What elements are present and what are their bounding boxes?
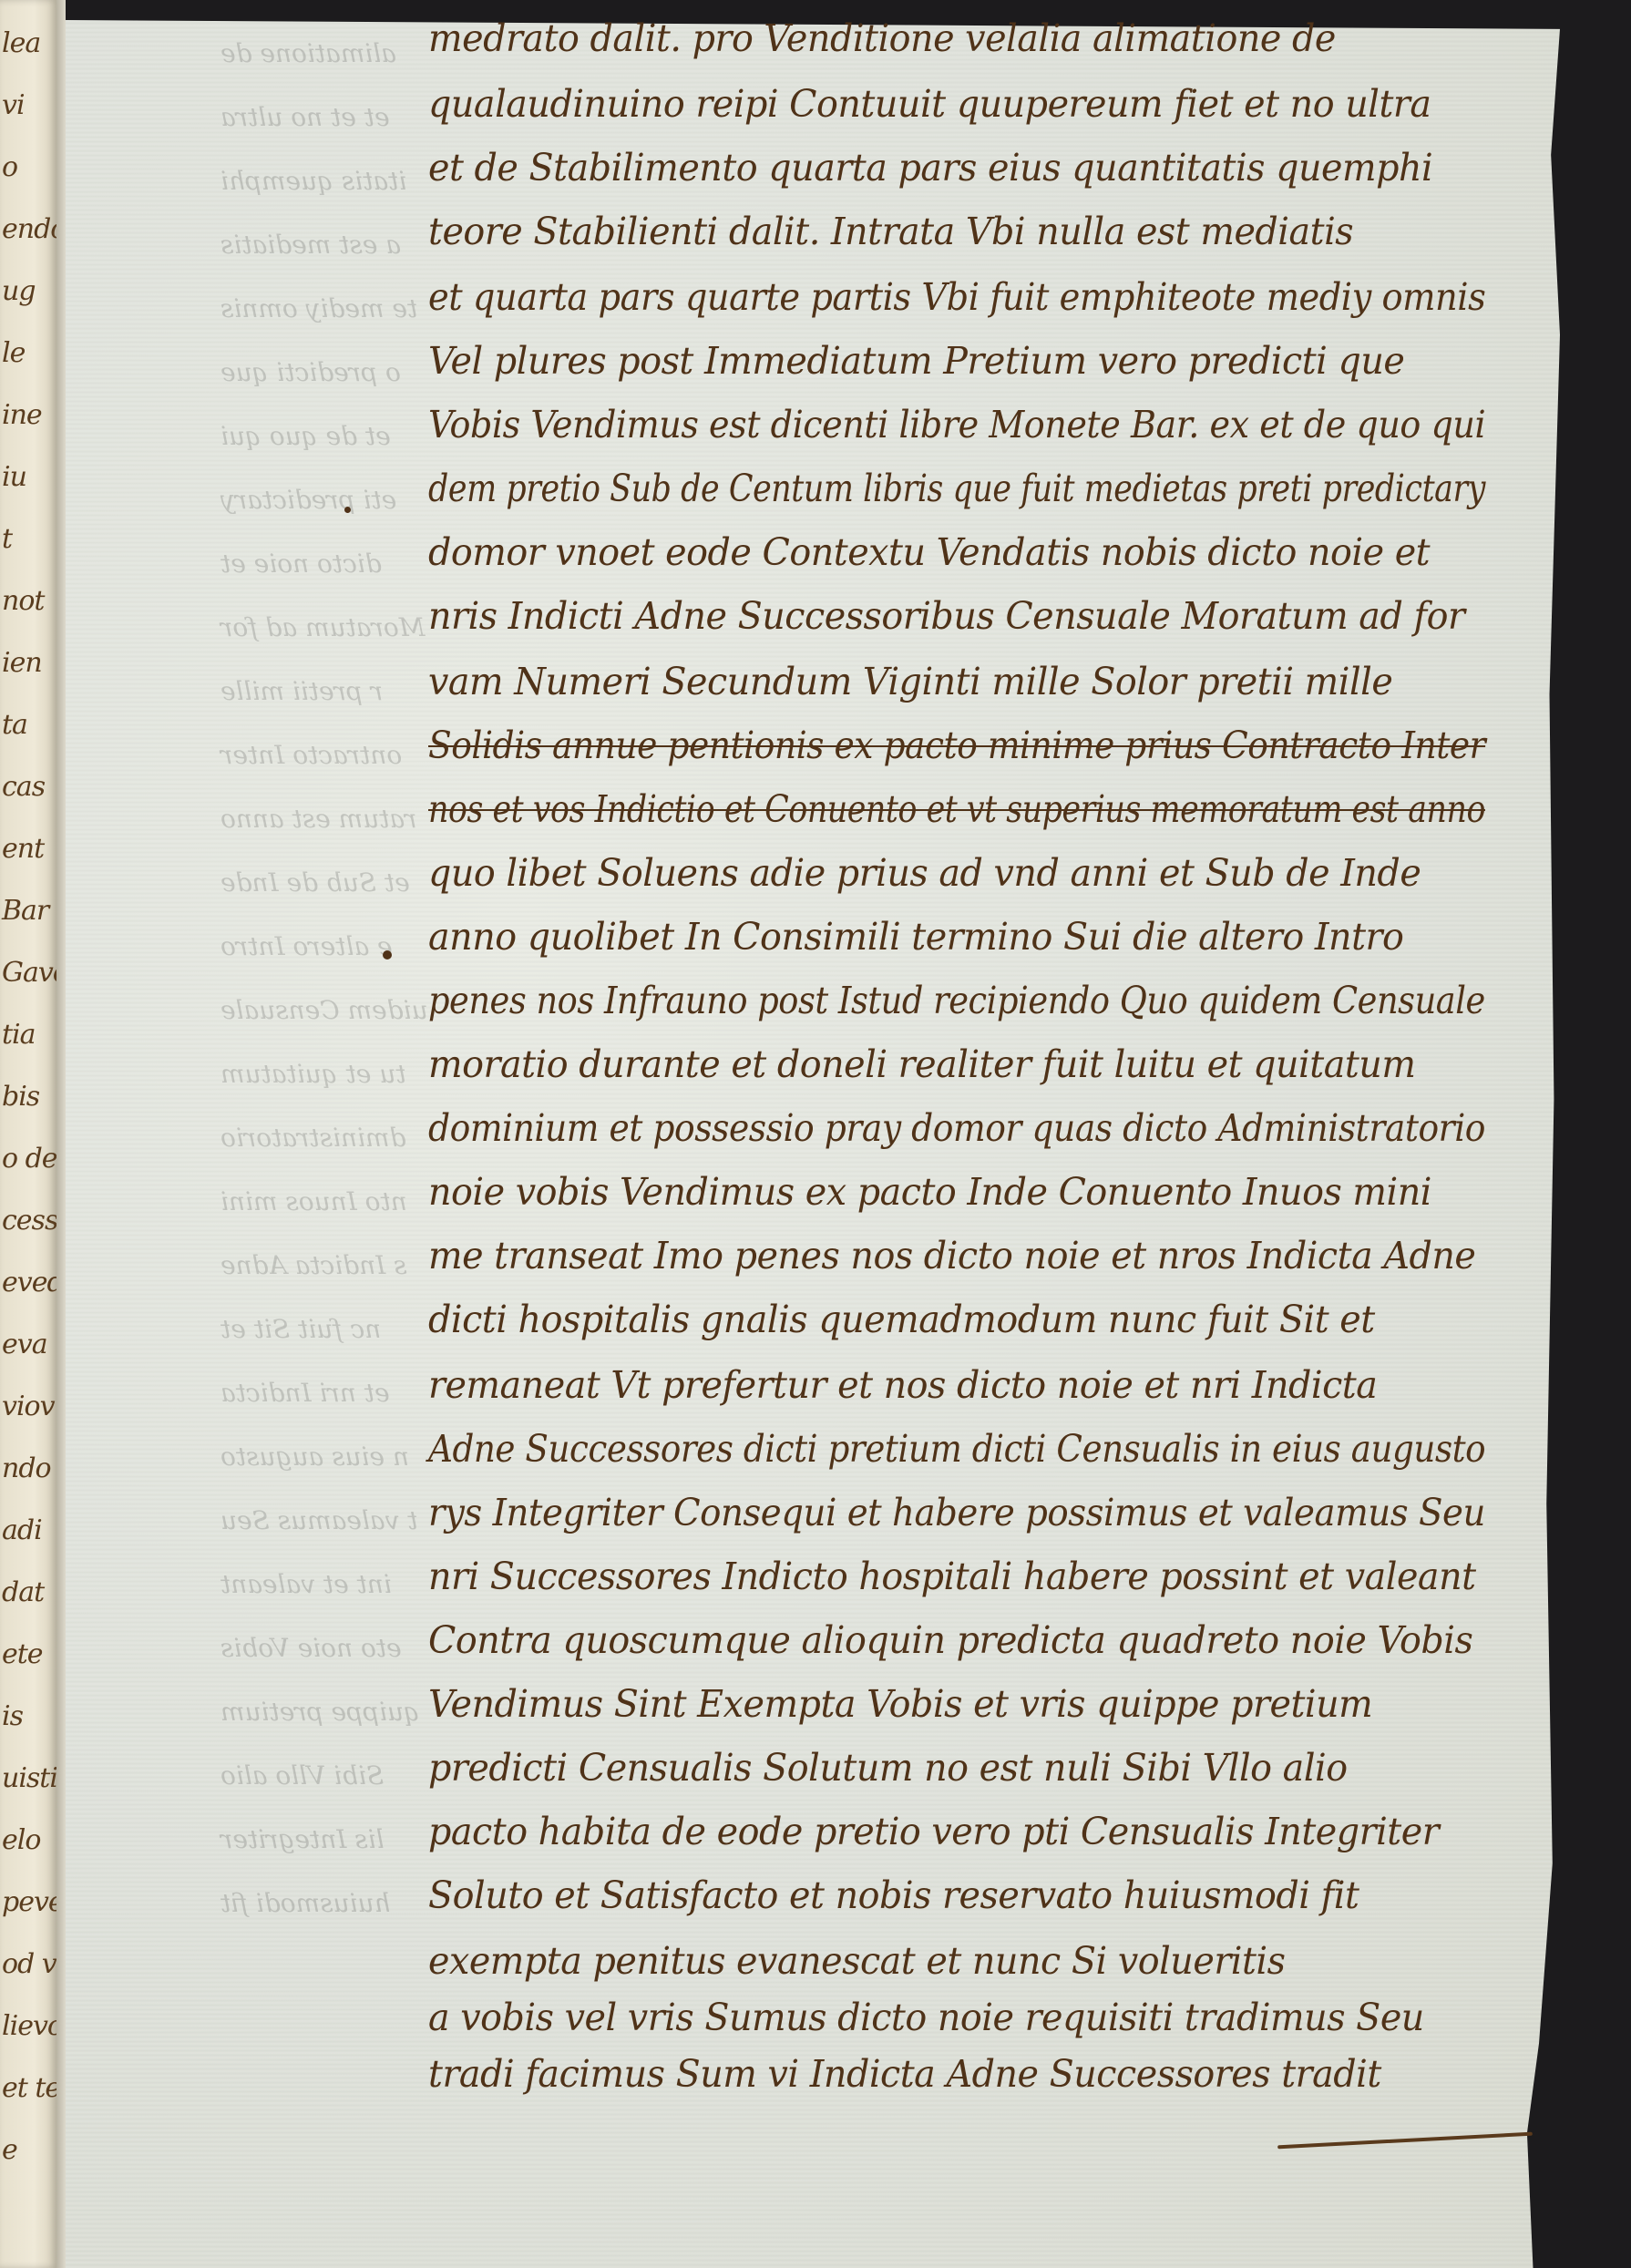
bleed-line: tu et quitatum bbox=[221, 1059, 406, 1089]
text-line: pacto habita de eode pretio vero pti Cen… bbox=[428, 1810, 1485, 1853]
bleed-line: ontracto Inter bbox=[221, 740, 402, 770]
text-line: Adne Successores dicti pretium dicti Cen… bbox=[428, 1427, 1422, 1471]
previous-page-fragment: o bbox=[2, 151, 17, 183]
text-line: moratio durante et doneli realiter fuit … bbox=[428, 1042, 1485, 1086]
margin-dot bbox=[383, 950, 392, 960]
text-line: predicti Censualis Solutum no est nuli S… bbox=[428, 1746, 1485, 1790]
text-line: et quarta pars quarte partis Vbi fuit em… bbox=[428, 275, 1451, 319]
previous-page-fragment: adi bbox=[2, 1514, 42, 1546]
text-line: nris Indicti Adne Successoribus Censuale… bbox=[428, 594, 1485, 638]
bleed-line: int et valeant bbox=[221, 1569, 392, 1599]
bleed-line: Sibi Vllo alio bbox=[221, 1760, 384, 1791]
text-line: me transeat Imo penes nos dicto noie et … bbox=[428, 1234, 1485, 1278]
previous-page-fragment: lievo bbox=[2, 2010, 63, 2042]
previous-page-fragment: ndo bbox=[2, 1452, 51, 1484]
previous-page-fragment: eva bbox=[2, 1329, 47, 1360]
bleed-line: dicto noie et bbox=[221, 549, 382, 579]
text-line: vam Numeri Secundum Viginti mille Solor … bbox=[428, 660, 1485, 703]
previous-page-fragment: Bar bbox=[2, 895, 48, 927]
previous-page-fragment: viov bbox=[2, 1391, 55, 1422]
bleed-line: itatis quemphi bbox=[221, 166, 406, 196]
text-line: Soluto et Satisfacto et nobis reservato … bbox=[428, 1873, 1485, 1917]
bleed-line: lis Integriter bbox=[221, 1824, 385, 1854]
text-line: noie vobis Vendimus ex pacto Inde Conuen… bbox=[428, 1170, 1485, 1214]
bleed-line: et nri Indicta bbox=[221, 1378, 390, 1408]
previous-page-fragment: t bbox=[2, 523, 12, 555]
text-line: teore Stabilienti dalit. Intrata Vbi nul… bbox=[428, 210, 1485, 253]
text-line: medrato dalit. pro Venditione velalia al… bbox=[428, 16, 1485, 60]
previous-page-fragment: ine bbox=[2, 399, 42, 431]
text-line: Contra quoscumque alioquin predicta quad… bbox=[428, 1618, 1485, 1662]
previous-page-fragment: o de bbox=[2, 1143, 57, 1175]
previous-page-fragment: le bbox=[2, 337, 25, 369]
text-line: rys Integriter Consequi et habere possim… bbox=[428, 1491, 1461, 1534]
text-line: anno quolibet In Consimili termino Sui d… bbox=[428, 915, 1485, 959]
previous-page-fragment: dat bbox=[2, 1576, 44, 1608]
text-line: domor vnoet eode Contextu Vendatis nobis… bbox=[428, 530, 1485, 574]
ink-blot bbox=[1555, 75, 1581, 120]
bleed-line: eto noie Vobis bbox=[221, 1633, 402, 1663]
previous-page-fragment: e bbox=[2, 2134, 17, 2166]
bleed-line: eti predictary bbox=[221, 485, 396, 515]
text-line: a vobis vel vris Sumus dicto noie requis… bbox=[428, 1996, 1485, 2039]
bleed-line: nc fuit Sit et bbox=[221, 1314, 381, 1344]
previous-page-fragment: lea bbox=[2, 27, 40, 59]
bleed-line: Moratum ad for bbox=[221, 612, 425, 642]
bleed-line: et et no ultra bbox=[221, 102, 390, 132]
previous-page-edge: leavioendougleineiutnotientacasentBarGav… bbox=[0, 0, 56, 2268]
previous-page-fragment: ien bbox=[2, 647, 42, 679]
bleed-line: dministratorio bbox=[221, 1123, 405, 1153]
bleed-line: te mediy omnis bbox=[221, 293, 417, 323]
bleed-line: alimatione de bbox=[221, 38, 396, 68]
previous-page-fragment: peve bbox=[2, 1886, 64, 1918]
text-line: et de Stabilimento quarta pars eius quan… bbox=[428, 146, 1485, 190]
text-line: exempta penitus evanescat et nunc Si vol… bbox=[428, 1939, 1485, 1983]
bleed-line: e altero Intro bbox=[221, 931, 393, 961]
text-line: tradi facimus Sum vi Indicta Adne Succes… bbox=[428, 2052, 1485, 2096]
bleed-line: n eius augusto bbox=[221, 1442, 409, 1472]
text-line: dominium et possessio pray domor quas di… bbox=[428, 1106, 1431, 1150]
previous-page-fragment: tia bbox=[2, 1019, 36, 1051]
bleed-line: et Sub de Inde bbox=[221, 867, 410, 898]
bleed-line: t valeamus Seu bbox=[221, 1505, 418, 1535]
bleed-line: r pretii mille bbox=[221, 676, 383, 706]
previous-page-fragment: ete bbox=[2, 1638, 43, 1670]
text-line: penes nos Infrauno post Istud recipiendo… bbox=[428, 979, 1408, 1022]
bleed-line: o predicti que bbox=[221, 357, 401, 387]
previous-page-fragment: elo bbox=[2, 1824, 40, 1856]
text-line: Vendimus Sint Exempta Vobis et vris quip… bbox=[428, 1682, 1485, 1726]
bleed-line: s Indicta Adne bbox=[221, 1250, 407, 1280]
previous-page-fragment: is bbox=[2, 1700, 23, 1732]
text-line: nri Successores Indicto hospitali habere… bbox=[428, 1555, 1485, 1598]
bleed-line: nto Inuos mini bbox=[221, 1186, 407, 1216]
previous-page-fragment: ta bbox=[2, 709, 27, 741]
text-line: remaneat Vt prefertur et nos dicto noie … bbox=[428, 1363, 1485, 1407]
text-line: quo libet Soluens adie prius ad vnd anni… bbox=[428, 851, 1485, 895]
text-line: Vel plures post Immediatum Pretium vero … bbox=[428, 339, 1485, 383]
text-line-struck: Solidis annue pentionis ex pacto minime … bbox=[428, 724, 1431, 767]
text-line: Vobis Vendimus est dicenti libre Monete … bbox=[428, 403, 1443, 446]
bleed-line: et de quo qui bbox=[221, 421, 391, 451]
bleed-line: a est mediatis bbox=[221, 230, 401, 260]
previous-page-fragment: ent bbox=[2, 833, 44, 865]
bleed-line: ratum est anno bbox=[221, 804, 417, 834]
text-line: qualaudinuino reipi Contuuit quupereum f… bbox=[428, 82, 1485, 126]
previous-page-fragment: bis bbox=[2, 1081, 39, 1113]
text-line: dem pretio Sub de Centum libris que fuit… bbox=[428, 467, 1358, 510]
previous-page-fragment: uisti bbox=[2, 1762, 57, 1794]
previous-page-fragment: et te bbox=[2, 2072, 60, 2104]
bleed-line: quippe pretium bbox=[221, 1697, 420, 1727]
previous-page-fragment: vi bbox=[2, 89, 25, 121]
text-line-struck: nos et vos Indictio et Conuento et vt su… bbox=[428, 787, 1356, 831]
bleed-line: uidem Censuale bbox=[221, 995, 428, 1025]
bleed-line: huiusmodi fit bbox=[221, 1888, 391, 1918]
text-line: dicti hospitalis gnalis quemadmodum nunc… bbox=[428, 1298, 1485, 1341]
margin-dot bbox=[344, 507, 351, 513]
previous-page-fragment: ug bbox=[2, 275, 36, 307]
previous-page-fragment: cas bbox=[2, 771, 45, 803]
binding-gutter bbox=[56, 0, 66, 2268]
previous-page-fragment: not bbox=[2, 585, 44, 617]
previous-page-fragment: iu bbox=[2, 461, 26, 493]
